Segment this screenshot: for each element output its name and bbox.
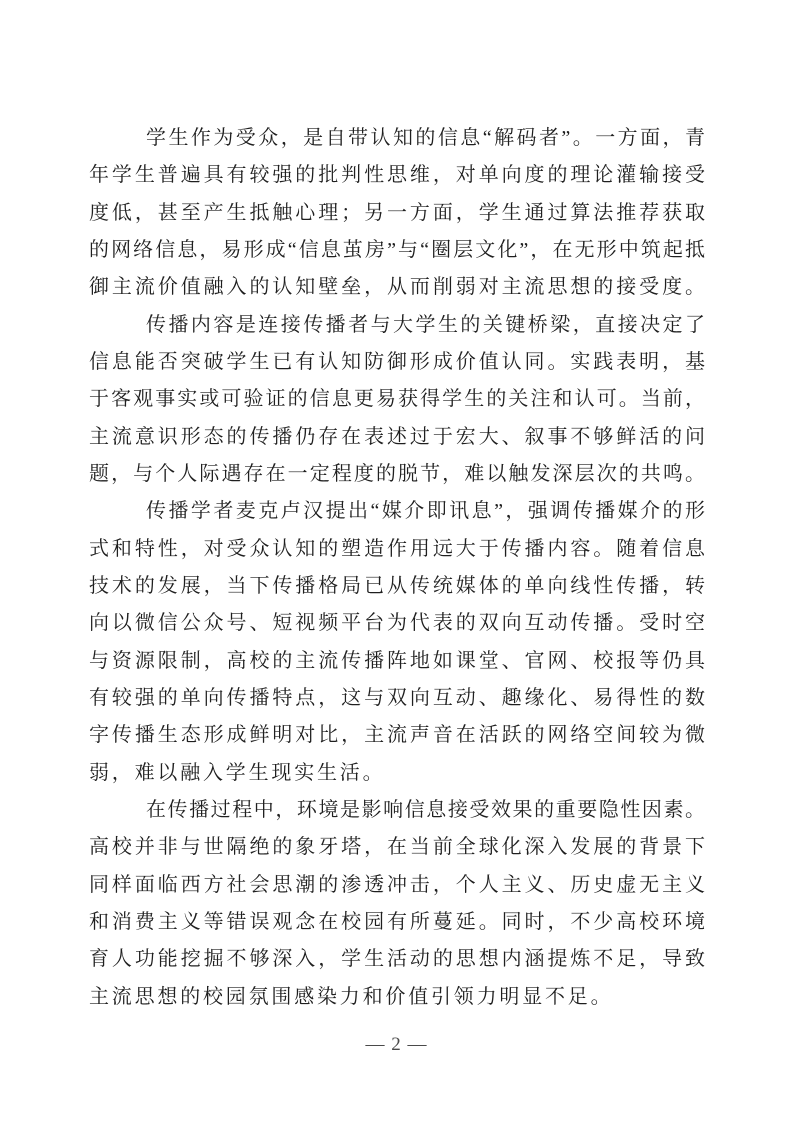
text-line: 传播内容是连接传播者与大学生的关键桥梁，直接决定了	[89, 307, 705, 344]
text-line: 育人功能挖掘不够深入，学生活动的思想内涵提炼不足，导致	[89, 941, 705, 978]
text-line: 和消费主义等错误观念在校园有所蔓延。同时，不少高校环境	[89, 904, 705, 941]
paragraph: 在传播过程中，环境是影响信息接受效果的重要隐性因素。高校并非与世隔绝的象牙塔，在…	[89, 792, 705, 1016]
page-number: — 2 —	[0, 1034, 793, 1056]
paragraph: 传播内容是连接传播者与大学生的关键桥梁，直接决定了信息能否突破学生已有认知防御形…	[89, 307, 705, 494]
text-line: 主流意识形态的传播仍存在表述过于宏大、叙事不够鲜活的问	[89, 419, 705, 456]
text-line: 传播学者麦克卢汉提出“媒介即讯息”，强调传播媒介的形	[89, 493, 705, 530]
text-line: 与资源限制，高校的主流传播阵地如课堂、官网、校报等仍具	[89, 643, 705, 680]
text-line: 弱，难以融入学生现实生活。	[89, 755, 705, 792]
text-line: 在传播过程中，环境是影响信息接受效果的重要隐性因素。	[89, 792, 705, 829]
text-line: 年学生普遍具有较强的批判性思维，对单向度的理论灌输接受	[89, 157, 705, 194]
text-line: 御主流价值融入的认知壁垒，从而削弱对主流思想的接受度。	[89, 269, 705, 306]
text-line: 的网络信息，易形成“信息茧房”与“圈层文化”，在无形中筑起抵	[89, 232, 705, 269]
text-line: 技术的发展，当下传播格局已从传统媒体的单向线性传播，转	[89, 568, 705, 605]
text-line: 主流思想的校园氛围感染力和价值引领力明显不足。	[89, 979, 705, 1016]
text-line: 于客观事实或可验证的信息更易获得学生的关注和认可。当前，	[89, 381, 705, 418]
text-line: 题，与个人际遇存在一定程度的脱节，难以触发深层次的共鸣。	[89, 456, 705, 493]
document-page: 学生作为受众，是自带认知的信息“解码者”。一方面，青年学生普遍具有较强的批判性思…	[0, 0, 793, 1122]
text-line: 学生作为受众，是自带认知的信息“解码者”。一方面，青	[89, 120, 705, 157]
text-line: 向以微信公众号、短视频平台为代表的双向互动传播。受时空	[89, 605, 705, 642]
text-line: 度低，甚至产生抵触心理；另一方面，学生通过算法推荐获取	[89, 195, 705, 232]
text-line: 式和特性，对受众认知的塑造作用远大于传播内容。随着信息	[89, 531, 705, 568]
text-line: 同样面临西方社会思潮的渗透冲击，个人主义、历史虚无主义	[89, 867, 705, 904]
document-body: 学生作为受众，是自带认知的信息“解码者”。一方面，青年学生普遍具有较强的批判性思…	[89, 120, 705, 1016]
text-line: 高校并非与世隔绝的象牙塔，在当前全球化深入发展的背景下	[89, 829, 705, 866]
paragraph: 传播学者麦克卢汉提出“媒介即讯息”，强调传播媒介的形式和特性，对受众认知的塑造作…	[89, 493, 705, 792]
paragraph: 学生作为受众，是自带认知的信息“解码者”。一方面，青年学生普遍具有较强的批判性思…	[89, 120, 705, 307]
text-line: 有较强的单向传播特点，这与双向互动、趣缘化、易得性的数	[89, 680, 705, 717]
text-line: 信息能否突破学生已有认知防御形成价值认同。实践表明，基	[89, 344, 705, 381]
text-line: 字传播生态形成鲜明对比，主流声音在活跃的网络空间较为微	[89, 717, 705, 754]
